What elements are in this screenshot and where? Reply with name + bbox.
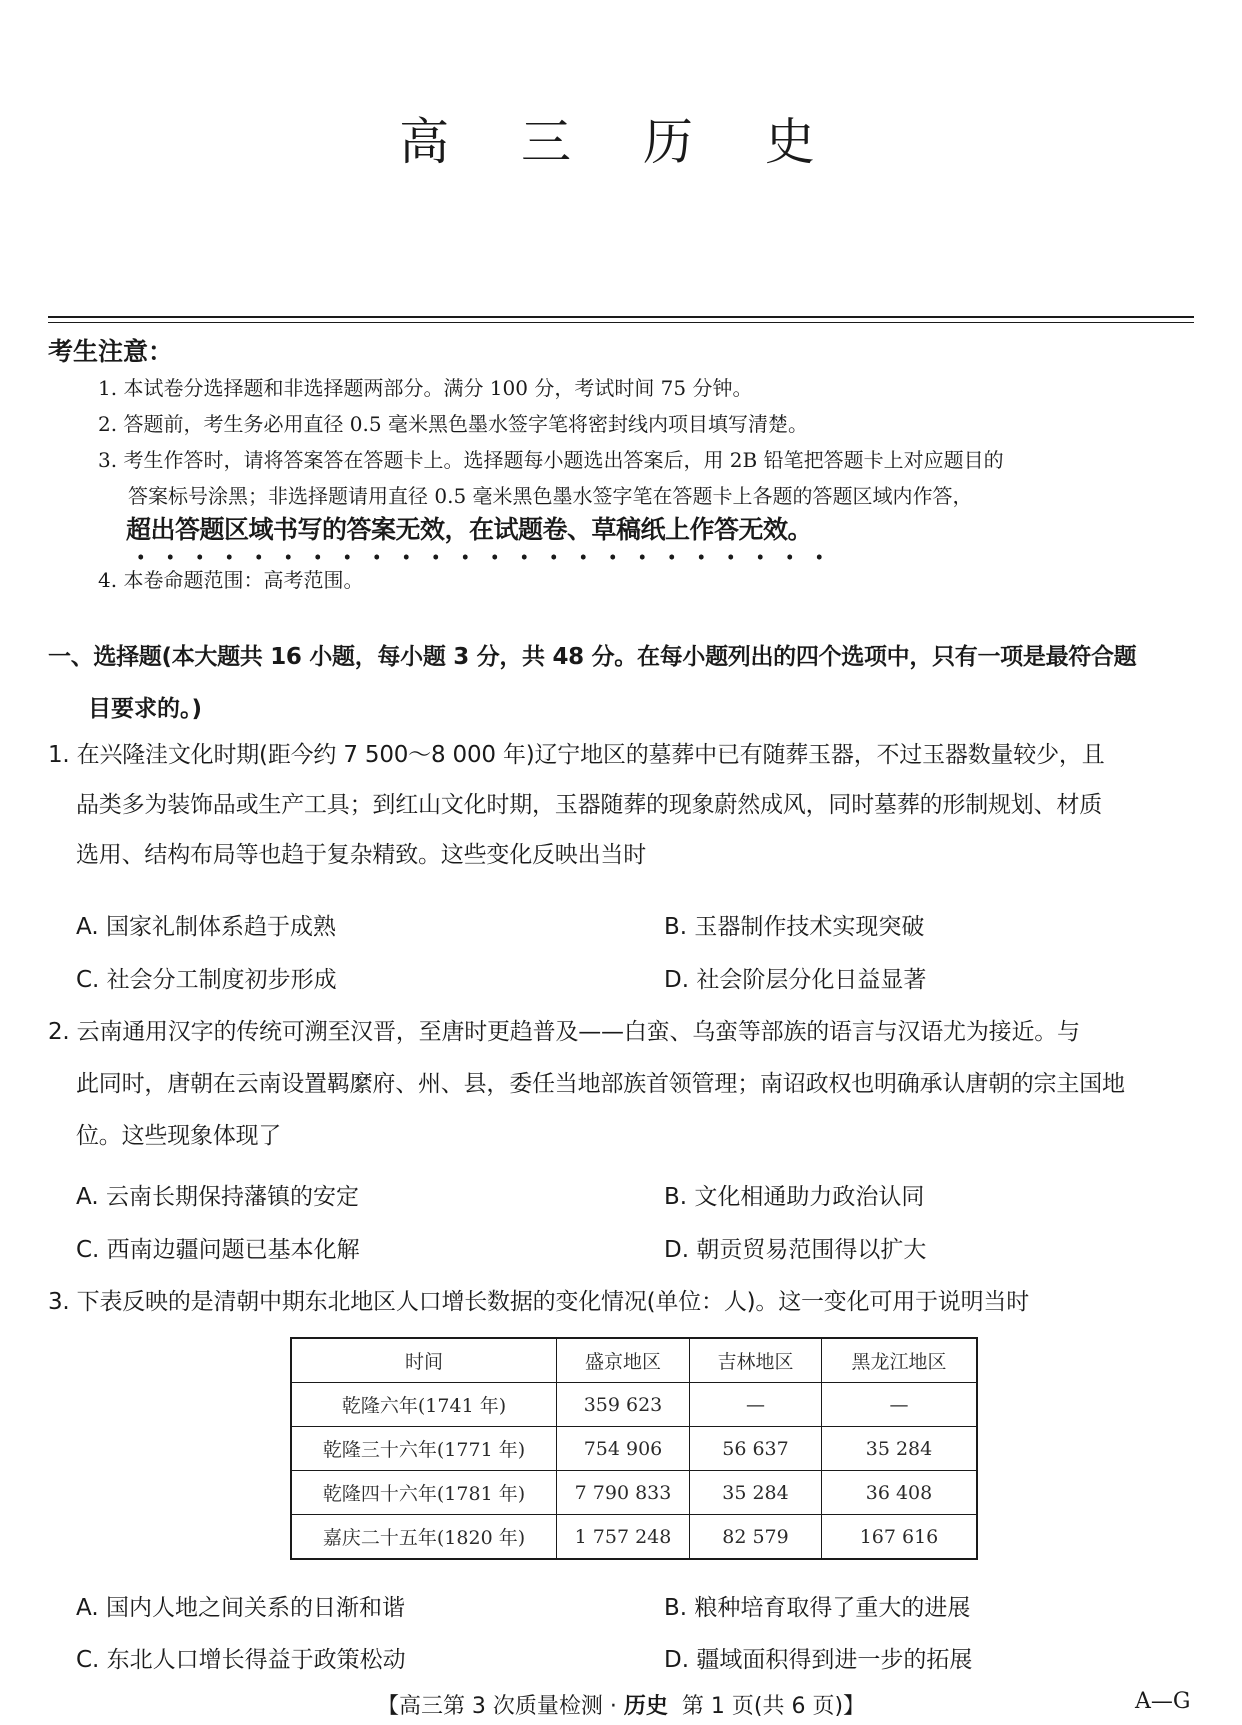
table-cell: 7 790 833 (557, 1471, 690, 1515)
table-header: 盛京地区 (557, 1338, 690, 1383)
question-1-option-a[interactable]: A. 国家礼制体系趋于成熟 (76, 908, 336, 941)
table-cell: 167 616 (822, 1515, 978, 1560)
notice-item-3: 3. 考生作答时，请将答案答在答题卡上。选择题每小题选出答案后，用 2B 铅笔把… (98, 446, 1198, 474)
table-cell: 乾隆三十六年(1771 年) (291, 1427, 557, 1471)
population-table: 时间 盛京地区 吉林地区 黑龙江地区 乾隆六年(1741 年) 359 623 … (290, 1337, 978, 1560)
question-3-option-a[interactable]: A. 国内人地之间关系的日渐和谐 (76, 1589, 405, 1622)
notice-item-3-cont: 答案标号涂黑；非选择题请用直径 0.5 毫米黑色墨水签字笔在答题卡上各题的答题区… (128, 482, 1228, 510)
emphasis-dots (126, 553, 846, 561)
question-3-line-1: 3. 下表反映的是清朝中期东北地区人口增长数据的变化情况(单位：人)。这一变化可… (48, 1283, 1208, 1316)
notice-item-4: 4. 本卷命题范围：高考范围。 (98, 566, 1198, 594)
table-cell: 35 284 (690, 1471, 822, 1515)
table-cell: 1 757 248 (557, 1515, 690, 1560)
question-1-line-2: 品类多为装饰品或生产工具；到红山文化时期，玉器随葬的现象蔚然成风，同时墓葬的形制… (76, 786, 1236, 819)
table-row: 乾隆六年(1741 年) 359 623 — — (291, 1383, 977, 1427)
table-header: 时间 (291, 1338, 557, 1383)
question-2-option-b[interactable]: B. 文化相通助力政治认同 (664, 1178, 924, 1211)
footer-paper-code: A—G (1135, 1689, 1190, 1714)
notice-item-2: 2. 答题前，考生务必用直径 0.5 毫米黑色墨水签字笔将密封线内项目填写清楚。 (98, 410, 1198, 438)
table-cell: 754 906 (557, 1427, 690, 1471)
header-divider-thick (48, 316, 1194, 318)
table-cell: 乾隆六年(1741 年) (291, 1383, 557, 1427)
notice-item-1: 1. 本试卷分选择题和非选择题两部分。满分 100 分，考试时间 75 分钟。 (98, 374, 1198, 402)
table-cell: 82 579 (690, 1515, 822, 1560)
table-cell: 36 408 (822, 1471, 978, 1515)
footer-exam-label: 【高三第 3 次质量检测 · (377, 1694, 624, 1719)
table-row: 嘉庆二十五年(1820 年) 1 757 248 82 579 167 616 (291, 1515, 977, 1560)
page-title: 高 三 历 史 (0, 112, 1242, 172)
header-divider-thin (48, 322, 1194, 323)
table-row: 乾隆三十六年(1771 年) 754 906 56 637 35 284 (291, 1427, 977, 1471)
table-cell: 嘉庆二十五年(1820 年) (291, 1515, 557, 1560)
table-cell: — (822, 1383, 978, 1427)
question-2-option-d[interactable]: D. 朝贡贸易范围得以扩大 (664, 1231, 926, 1264)
footer-subject: 历史 (624, 1694, 668, 1719)
question-1-option-c[interactable]: C. 社会分工制度初步形成 (76, 961, 337, 994)
section-heading: 一、选择题(本大题共 16 小题，每小题 3 分，共 48 分。在每小题列出的四… (48, 638, 1208, 671)
page-footer: 【高三第 3 次质量检测 · 历史 第 1 页(共 6 页)】 (0, 1689, 1242, 1720)
notice-item-3-emphasis: 超出答题区域书写的答案无效，在试题卷、草稿纸上作答无效。 (126, 516, 1226, 544)
question-1-option-b[interactable]: B. 玉器制作技术实现突破 (664, 908, 924, 941)
table-header: 黑龙江地区 (822, 1338, 978, 1383)
question-3-option-d[interactable]: D. 疆域面积得到进一步的拓展 (664, 1641, 972, 1674)
table-cell: 35 284 (822, 1427, 978, 1471)
table-cell: — (690, 1383, 822, 1427)
question-1-option-d[interactable]: D. 社会阶层分化日益显著 (664, 961, 926, 994)
footer-page-number: 第 1 页(共 6 页)】 (668, 1694, 865, 1719)
section-heading-cont: 目要求的。) (88, 690, 202, 723)
question-2-option-a[interactable]: A. 云南长期保持藩镇的安定 (76, 1178, 359, 1211)
question-3-option-c[interactable]: C. 东北人口增长得益于政策松动 (76, 1641, 406, 1674)
table-cell: 56 637 (690, 1427, 822, 1471)
question-2-line-2: 此同时，唐朝在云南设置羁縻府、州、县，委任当地部族首领管理；南诏政权也明确承认唐… (76, 1065, 1236, 1098)
table-cell: 乾隆四十六年(1781 年) (291, 1471, 557, 1515)
table-row: 乾隆四十六年(1781 年) 7 790 833 35 284 36 408 (291, 1471, 977, 1515)
table-cell: 359 623 (557, 1383, 690, 1427)
question-2-line-3: 位。这些现象体现了 (76, 1117, 1236, 1150)
question-3-option-b[interactable]: B. 粮种培育取得了重大的进展 (664, 1589, 970, 1622)
question-1-line-3: 选用、结构布局等也趋于复杂精致。这些变化反映出当时 (76, 836, 1236, 869)
question-2-option-c[interactable]: C. 西南边疆问题已基本化解 (76, 1231, 360, 1264)
question-1-line-1: 1. 在兴隆洼文化时期(距今约 7 500～8 000 年)辽宁地区的墓葬中已有… (48, 736, 1208, 769)
table-header: 吉林地区 (690, 1338, 822, 1383)
question-2-line-1: 2. 云南通用汉字的传统可溯至汉晋，至唐时更趋普及——白蛮、乌蛮等部族的语言与汉… (48, 1013, 1208, 1046)
notice-heading: 考生注意： (48, 332, 173, 368)
table-header-row: 时间 盛京地区 吉林地区 黑龙江地区 (291, 1338, 977, 1383)
